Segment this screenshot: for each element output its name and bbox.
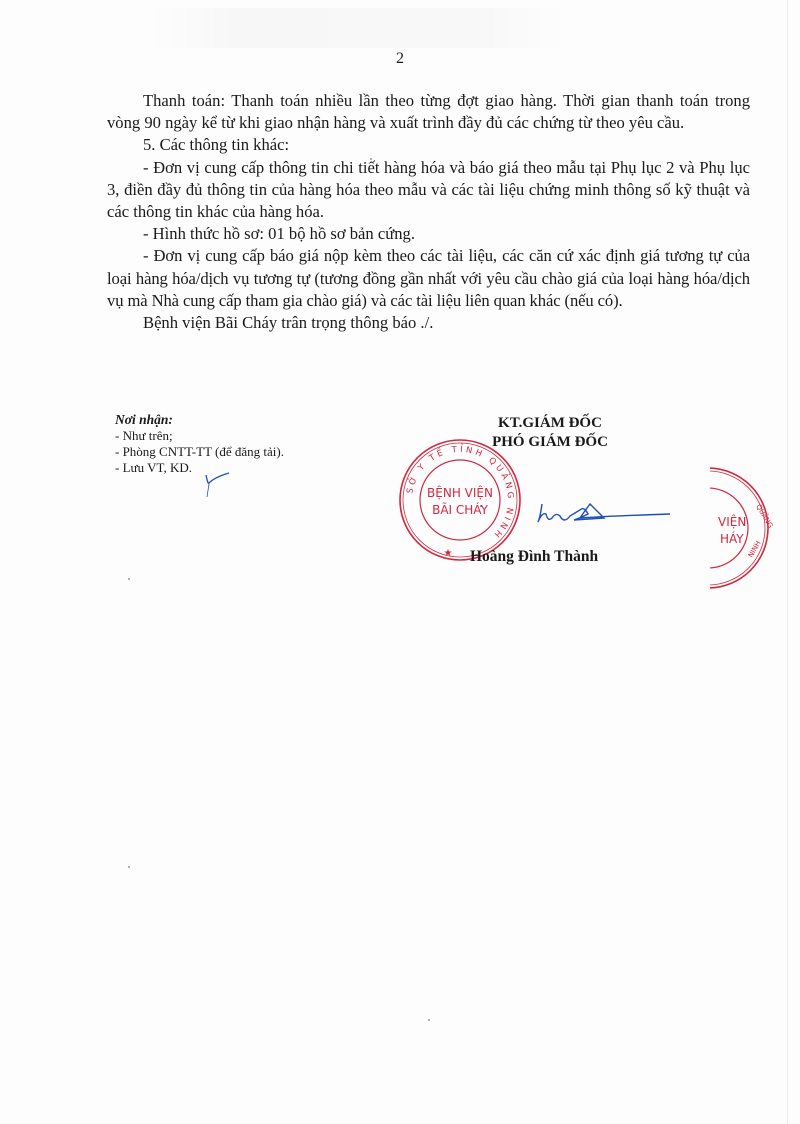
- recipients-title: Nơi nhận:: [115, 412, 284, 428]
- recipient-item: - Phòng CNTT-TT (để đăng tải).: [115, 444, 284, 460]
- page-edge: [787, 0, 788, 1124]
- svg-text:QUẢNG: QUẢNG: [754, 503, 775, 530]
- scan-speck: [128, 866, 130, 868]
- info-item-document-format: - Hình thức hồ sơ: 01 bộ hồ sơ bản cứng.: [107, 223, 750, 245]
- svg-text:VIỆN: VIỆN: [718, 514, 746, 529]
- handwritten-signature: [480, 478, 695, 538]
- svg-text:★: ★: [444, 548, 453, 559]
- signatory-title-line-2: PHÓ GIÁM ĐỐC: [445, 433, 655, 452]
- recipients-block: Nơi nhận: - Như trên; - Phòng CNTT-TT (đ…: [115, 412, 284, 476]
- page-number: 2: [0, 50, 800, 68]
- signer-name: Hoàng Đình Thành: [470, 548, 598, 566]
- info-item-quotation-form: - Đơn vị cung cấp thông tin chi tiết hàn…: [107, 157, 750, 224]
- scan-bleed-through: [150, 8, 570, 48]
- closing-statement: Bệnh viện Bãi Cháy trân trọng thông báo …: [107, 312, 750, 334]
- document-page: 2 Thanh toán: Thanh toán nhiều lần theo …: [0, 0, 800, 1124]
- scan-speck: [128, 578, 130, 580]
- svg-text:HÁY: HÁY: [720, 531, 744, 546]
- recipient-item: - Như trên;: [115, 428, 284, 444]
- recipient-item: - Lưu VT, KD.: [115, 460, 284, 476]
- document-body: Thanh toán: Thanh toán nhiều lần theo từ…: [107, 90, 750, 334]
- section-5-heading: 5. Các thông tin khác:: [107, 134, 750, 156]
- scan-speck: [428, 1019, 430, 1021]
- signatory-title-line-1: KT.GIÁM ĐỐC: [445, 414, 655, 433]
- payment-paragraph: Thanh toán: Thanh toán nhiều lần theo từ…: [107, 90, 750, 134]
- info-item-supporting-documents: - Đơn vị cung cấp báo giá nộp kèm theo c…: [107, 245, 750, 312]
- checkmark-icon: [203, 469, 233, 499]
- signature-block: KT.GIÁM ĐỐC PHÓ GIÁM ĐỐC: [445, 414, 655, 452]
- scan-speck: [370, 158, 372, 160]
- svg-text:NINH: NINH: [747, 540, 763, 559]
